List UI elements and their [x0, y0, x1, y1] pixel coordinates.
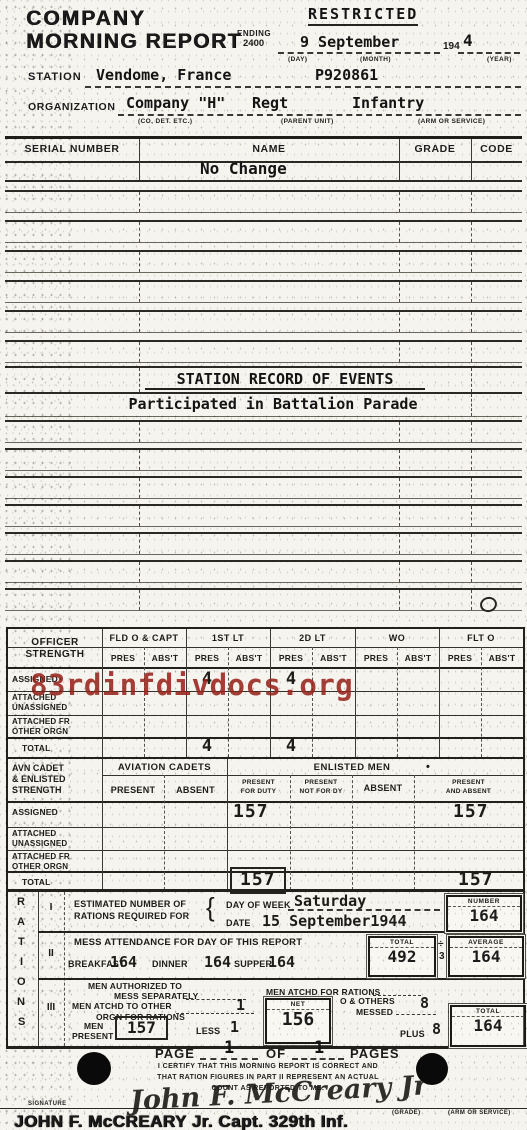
abst-header: ABS'T	[144, 653, 186, 663]
abst-header: ABS'T	[312, 653, 355, 663]
row-total: TOTAL	[22, 743, 51, 753]
rations-letter: O	[17, 976, 26, 988]
pres-header: PRES	[186, 653, 228, 663]
rations-date-entry: 15 September1944	[262, 912, 407, 930]
table-grid-line	[228, 647, 229, 757]
date-label: DATE	[226, 918, 251, 928]
form-title-line2: MORNING REPORT	[26, 30, 242, 54]
messed-blank	[396, 1008, 436, 1015]
atchd-other-label-1: MEN ATCHD TO OTHER	[72, 1001, 172, 1011]
row-attached-fr-1: ATTACHED FR	[12, 717, 70, 726]
typed-name-line: JOHN F. McCREARY Jr. Capt. 329th Inf.	[14, 1112, 348, 1130]
table-grid-line	[8, 827, 523, 828]
less-label: LESS	[196, 1026, 220, 1036]
page-number: 1	[224, 1038, 234, 1058]
org-company-entry: Company "H"	[126, 94, 225, 112]
morning-report-document: COMPANY MORNING REPORT RESTRICTED ENDING…	[0, 0, 527, 1130]
cadets-present-header: PRESENT	[102, 785, 164, 795]
table-grid-line	[481, 647, 482, 757]
group-flt-o: FLT O	[439, 633, 523, 643]
rations-letter: R	[17, 896, 25, 908]
table-grid-line	[144, 647, 145, 757]
roster-empty-row	[5, 588, 522, 611]
row-attached-fr-1: ATTACHED FR	[12, 852, 70, 861]
enlisted-men-bullet: •	[426, 761, 430, 773]
pages-label: PAGES	[350, 1046, 400, 1061]
rations-letter: A	[17, 916, 25, 928]
rations-number-box: NUMBER 164	[446, 895, 522, 932]
station-record-of-events-row: STATION RECORD OF EVENTS	[5, 366, 522, 393]
classification-stamp: RESTRICTED	[308, 5, 418, 26]
org-arm-entry: Infantry	[352, 94, 424, 112]
plus-label: PLUS	[400, 1029, 425, 1039]
roster-empty-row	[5, 310, 522, 333]
col-serial-number: SERIAL NUMBER	[5, 143, 139, 155]
others-messed-value: 8	[420, 994, 429, 1012]
section-numeral-ii: II	[38, 948, 64, 959]
total-box-value: 492	[370, 948, 434, 966]
rations-letter: T	[18, 936, 25, 948]
less-value: 1	[230, 1018, 239, 1036]
table-grid-line	[38, 892, 39, 1046]
group-fld-o-capt: FLD O & CAPT	[102, 633, 186, 643]
form-title-line1: COMPANY	[26, 7, 146, 31]
roster-empty-row	[5, 190, 522, 213]
table-grid-line	[439, 629, 440, 757]
pres-header: PRES	[355, 653, 397, 663]
assigned-present-for-duty-value: 157	[233, 801, 269, 822]
row-total: TOTAL	[22, 877, 51, 887]
supper-label: SUPPER	[234, 959, 272, 969]
roster-empty-row	[5, 476, 522, 499]
total-1st-lt-pres-value: 4	[186, 736, 228, 756]
station-entry: Vendome, France	[96, 66, 231, 84]
plus-value: 8	[432, 1020, 441, 1038]
average-box-value: 164	[450, 948, 522, 966]
col-grade: GRADE	[399, 143, 471, 155]
estimated-rations-label-2: RATIONS REQUIRED FOR	[74, 911, 189, 921]
grand-total-box-value: 164	[452, 1017, 524, 1035]
day-caption: (DAY)	[288, 56, 307, 63]
table-grid-line	[312, 647, 313, 757]
table-grid-line	[8, 715, 523, 716]
pres-header: PRES	[270, 653, 312, 663]
arm-service-caption: (ARM OR SERVICE)	[418, 118, 485, 125]
mess-attendance-title: MESS ATTENDANCE FOR DAY OF THIS REPORT	[74, 937, 302, 948]
pna-header-1: PRESENT	[414, 779, 523, 786]
pnfd-header-2: NOT FOR DY	[290, 788, 352, 795]
pnfd-header-1: PRESENT	[290, 779, 352, 786]
dinner-label: DINNER	[152, 959, 188, 969]
roster-empty-row	[5, 220, 522, 243]
year-entry: 4	[463, 31, 473, 50]
signature-caption: SIGNATURE	[28, 1101, 67, 1107]
rations-letter: N	[17, 996, 25, 1008]
row-attached-fr-2: OTHER ORGN	[12, 727, 68, 736]
row-attached-unassigned-1: ATTACHED	[12, 829, 56, 838]
men-atchd-blank	[373, 984, 421, 996]
group-enlisted-men: ENLISTED MEN	[227, 762, 477, 773]
arm-service-caption-bottom: (ARM OR SERVICE)	[448, 1110, 511, 1116]
abst-header: ABS'T	[481, 653, 523, 663]
org-parent-entry: Regt	[252, 94, 288, 112]
date-entry: 9 September	[300, 33, 399, 51]
total-present-and-absent-value: 157	[458, 869, 494, 890]
punch-hole-left	[77, 1052, 111, 1085]
month-caption: (MONTH)	[360, 56, 391, 63]
day-of-week-label: DAY OF WEEK	[226, 900, 291, 910]
station-serial-entry: P920861	[315, 66, 378, 84]
number-box-value: 164	[448, 907, 520, 925]
column-divider	[139, 158, 140, 180]
of-label: OF	[266, 1046, 286, 1061]
pres-header: PRES	[102, 653, 144, 663]
roster-empty-row	[5, 280, 522, 303]
mess-total-box: TOTAL 492	[368, 936, 436, 977]
enlisted-title2: & ENLISTED	[12, 774, 66, 784]
column-divider	[471, 158, 472, 180]
officer-strength-title2: STRENGTH	[8, 649, 102, 660]
enlisted-title3: STRENGTH	[12, 785, 62, 795]
rations-letter: I	[20, 956, 23, 968]
row-attached-unassigned-2: UNASSIGNED	[12, 703, 67, 712]
men-label: MEN	[84, 1021, 104, 1031]
organization-label: ORGANIZATION	[28, 101, 116, 113]
no-change-entry: No Change	[200, 159, 287, 178]
roster-empty-row	[5, 340, 522, 363]
brace-glyph: {	[206, 892, 215, 923]
group-wo: WO	[355, 633, 439, 643]
men-present-value: 157	[115, 1016, 168, 1040]
table-grid-line	[64, 892, 65, 1046]
pna-header-2: AND ABSENT	[414, 788, 523, 795]
officer-strength-title1: OFFICER	[8, 637, 102, 648]
row-attached-unassigned-2: UNASSIGNED	[12, 839, 67, 848]
abst-header: ABS'T	[397, 653, 439, 663]
events-entry-row: Participated in Battalion Parade	[5, 392, 522, 417]
parent-unit-caption: (PARENT UNIT)	[281, 118, 334, 125]
table-grid-line	[38, 978, 523, 980]
events-title: STATION RECORD OF EVENTS	[145, 370, 425, 390]
co-det-caption: (CO, DET. ETC.)	[138, 118, 192, 125]
divide-sign: ÷	[438, 939, 444, 950]
section-numeral-i: I	[38, 902, 64, 913]
roster-empty-row	[5, 560, 522, 583]
table-grid-line	[355, 629, 356, 757]
certification-line1: I CERTIFY THAT THIS MORNING REPORT IS CO…	[128, 1063, 408, 1070]
rations-grand-total-box: TOTAL 164	[450, 1005, 526, 1047]
net-box-value: 156	[267, 1010, 329, 1030]
roster-empty-row	[5, 532, 522, 555]
total-2d-lt-pres-value: 4	[270, 736, 312, 756]
watermark-text: 83rdinfdivdocs.org	[30, 668, 353, 702]
roster-row-no-change: No Change	[5, 158, 522, 182]
col-name: NAME	[139, 143, 399, 155]
cadets-absent-header: ABSENT	[164, 785, 227, 795]
em-absent-header: ABSENT	[352, 783, 414, 793]
pfd-header-1: PRESENT	[227, 779, 290, 786]
messed-label: MESSED	[356, 1007, 393, 1017]
roster-empty-row	[5, 250, 522, 273]
rations-section: R A T I O N S I II III ESTIMATED NUMBER …	[6, 889, 525, 1049]
ending-label: ENDING	[237, 29, 271, 38]
table-grid-line	[102, 759, 103, 890]
table-grid-line	[8, 850, 523, 851]
row-assigned: ASSIGNED	[12, 807, 58, 817]
pfd-header-2: FOR DUTY	[227, 788, 290, 795]
roster-empty-row	[5, 420, 522, 443]
col-code: CODE	[471, 143, 522, 155]
pres-header: PRES	[439, 653, 481, 663]
breakfast-value: 164	[110, 953, 137, 971]
page-label: PAGE	[155, 1046, 195, 1061]
mess-average-box: AVERAGE 164	[448, 936, 524, 977]
abst-header: ABS'T	[228, 653, 270, 663]
group-2d-lt: 2D LT	[270, 633, 355, 643]
supper-value: 164	[268, 953, 295, 971]
estimated-rations-label-1: ESTIMATED NUMBER OF	[74, 899, 186, 909]
table-grid-line	[8, 737, 523, 739]
o-and-others-label: O & OTHERS	[340, 996, 395, 1006]
events-entry: Participated in Battalion Parade	[103, 395, 443, 413]
enlisted-title1: AVN CADET	[12, 763, 64, 773]
divide-by-value: 3	[439, 951, 445, 962]
rations-letter: S	[18, 1016, 25, 1028]
column-divider	[399, 158, 400, 180]
station-label: STATION	[28, 71, 82, 83]
atchd-other-value: 1	[236, 996, 245, 1014]
row-attached-fr-2: OTHER ORGN	[12, 862, 68, 871]
pages-number: 1	[314, 1038, 324, 1058]
ending-time: 2400	[243, 38, 264, 49]
group-1st-lt: 1ST LT	[186, 633, 270, 643]
men-authorized-label: MEN AUTHORIZED TO	[88, 981, 182, 991]
present-label: PRESENT	[72, 1031, 114, 1041]
roster-empty-row	[5, 504, 522, 527]
dinner-value: 164	[204, 953, 231, 971]
punch-hole-right	[416, 1053, 448, 1085]
table-grid-line	[397, 647, 398, 757]
enlisted-strength-table: AVN CADET & ENLISTED STRENGTH AVIATION C…	[6, 757, 525, 892]
section-numeral-iii: III	[38, 1002, 64, 1013]
assigned-present-and-absent-value: 157	[453, 801, 489, 822]
roster-empty-row	[5, 448, 522, 471]
year-caption: (YEAR)	[487, 56, 512, 63]
grade-caption: (GRADE)	[392, 1110, 420, 1116]
group-aviation-cadets: AVIATION CADETS	[102, 762, 227, 773]
table-grid-line	[102, 775, 523, 776]
day-of-week-entry: Saturday	[294, 892, 366, 910]
